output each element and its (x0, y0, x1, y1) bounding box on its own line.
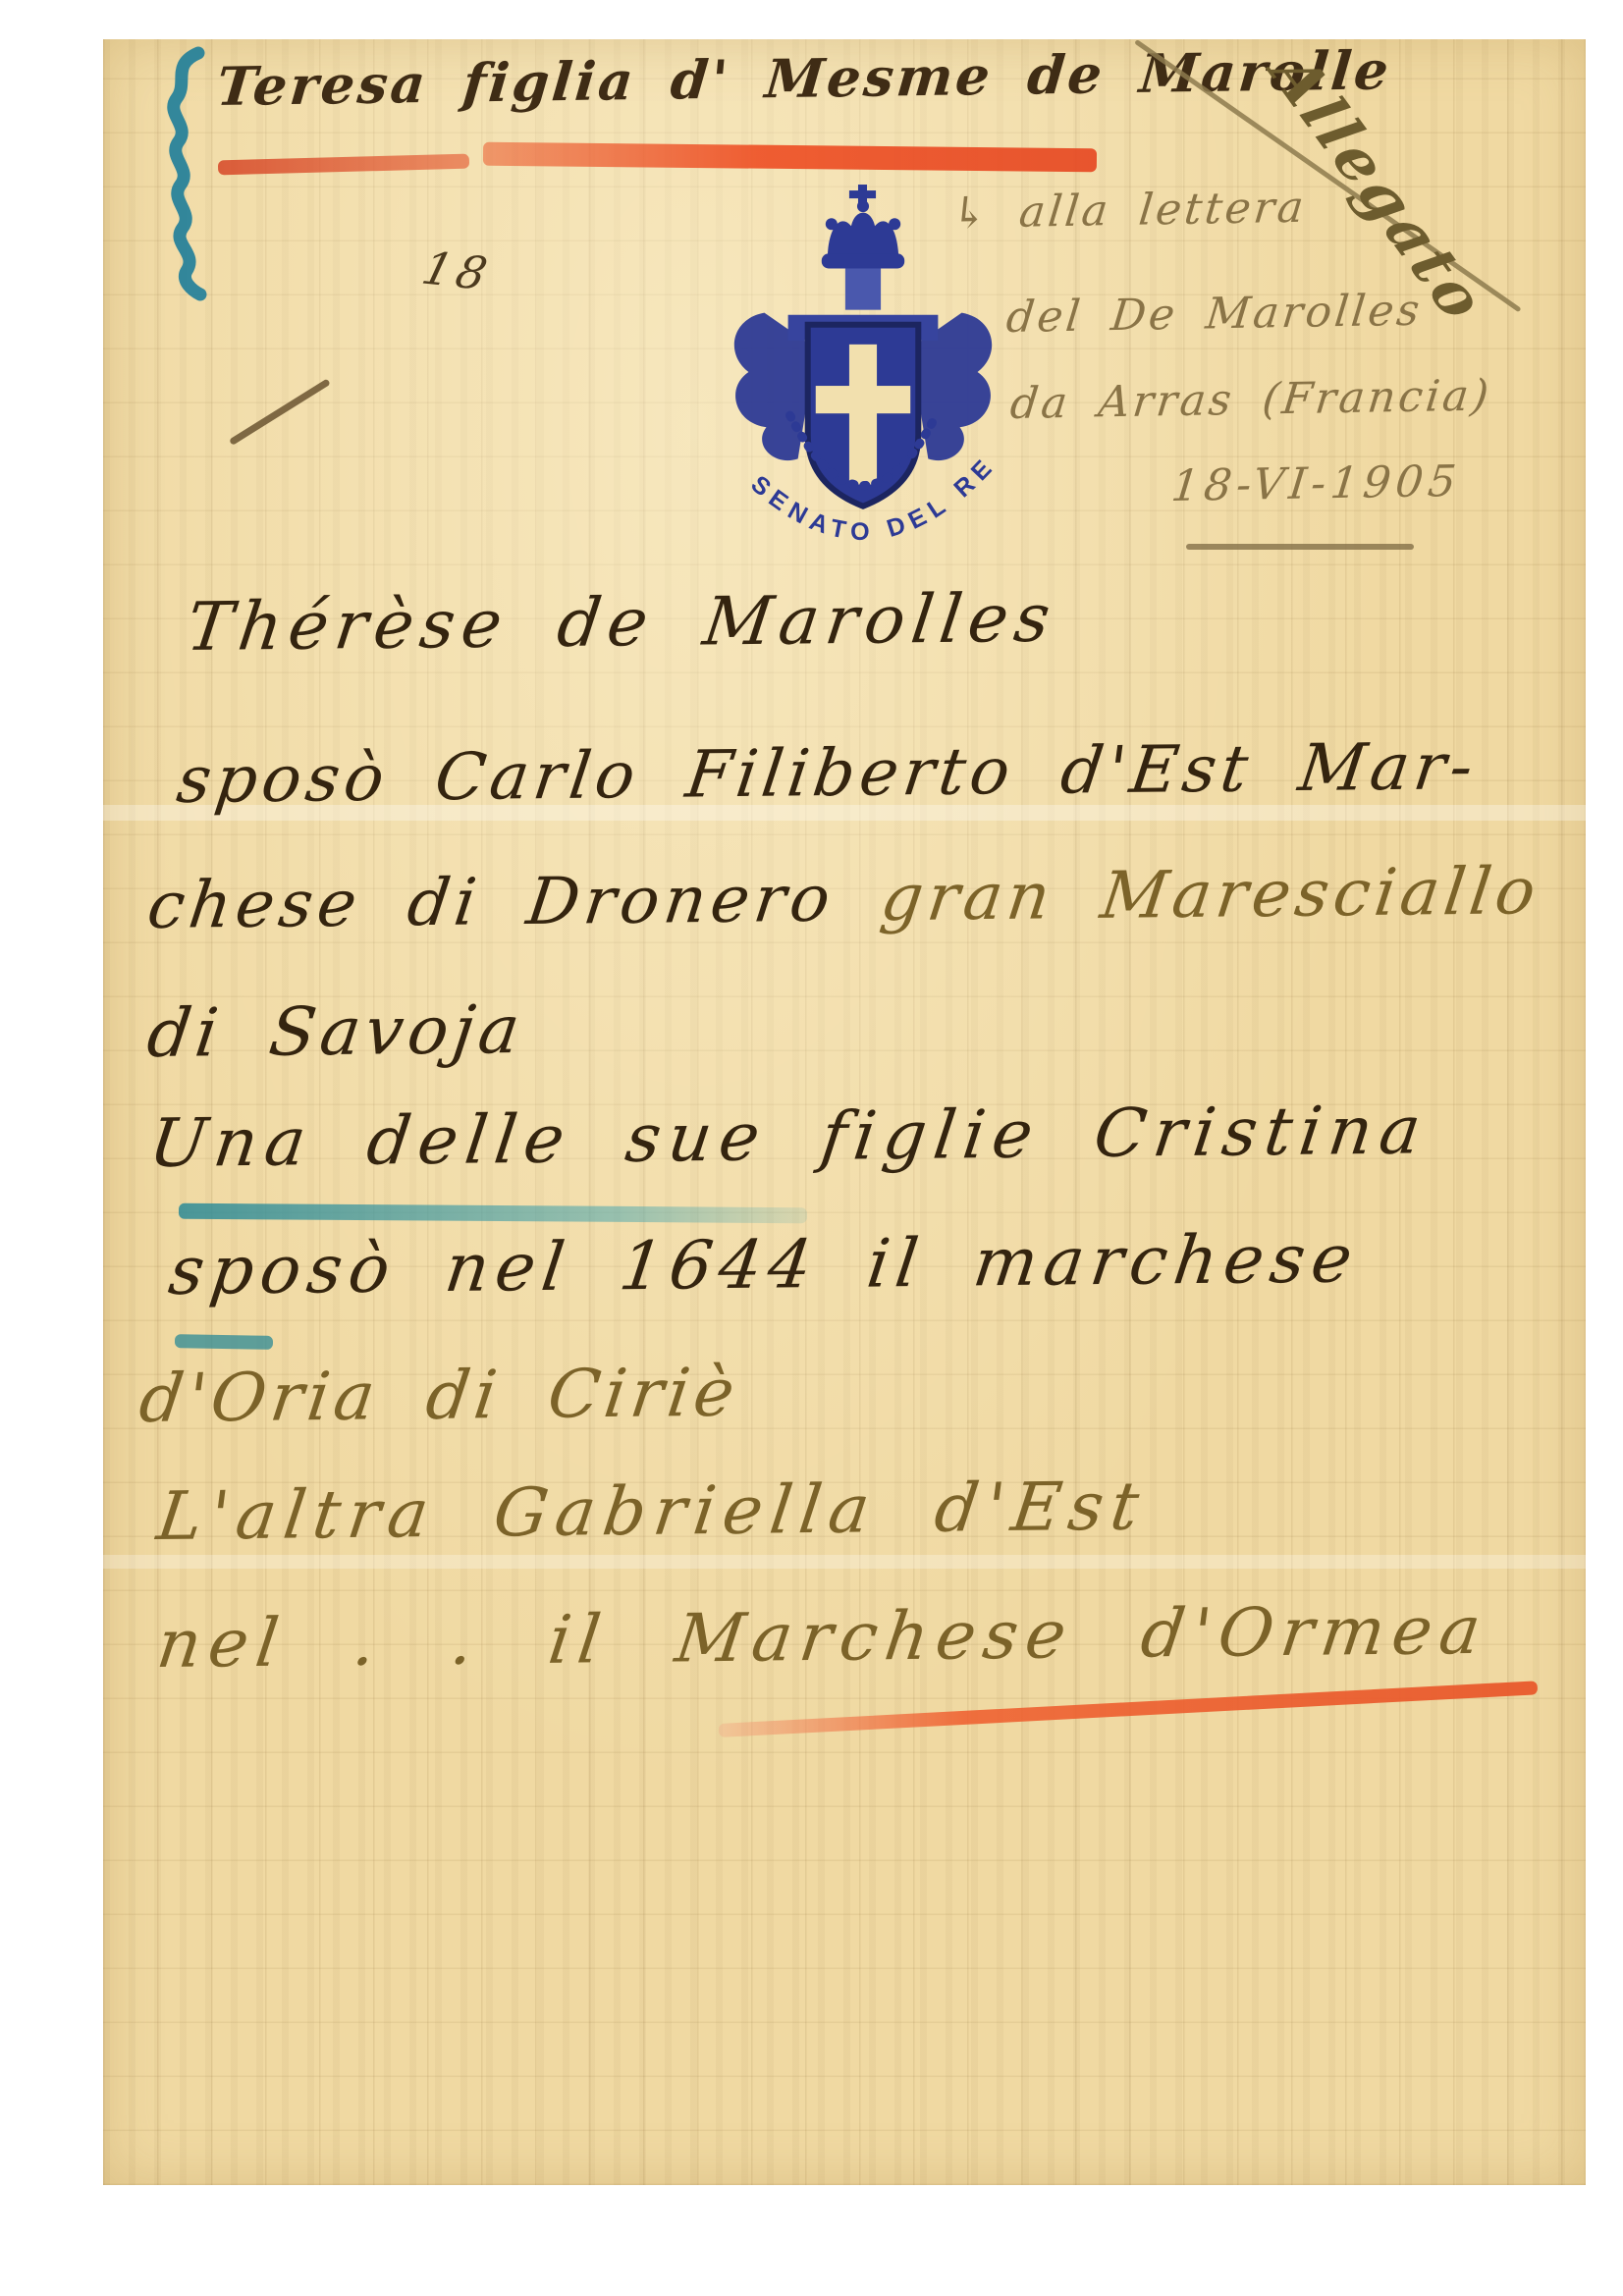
handwritten-line: nel . . il Marchese d'Ormea (153, 1592, 1492, 1683)
handwritten-line: chese di Dronero gran Maresciallo (143, 853, 1544, 943)
handwritten-line: Una delle sue figlie Cristina (145, 1092, 1433, 1183)
handwritten-line: sposò nel 1644 il marchese (165, 1220, 1364, 1310)
handwritten-line: di Savoja (143, 991, 529, 1073)
small-number-mark: 18 (417, 241, 497, 300)
teal-underline (175, 1334, 273, 1350)
savoy-cross-vertical (849, 345, 877, 485)
scanned-document-page: Teresa figlia d' Mesme de Marolle 18 SEN… (0, 0, 1623, 2296)
handwritten-line: Thérèse de Marolles (183, 580, 1061, 667)
handwritten-line: d'Oria di Ciriè (135, 1355, 744, 1438)
pencil-note-line: del De Marolles (1004, 286, 1425, 343)
pencil-note-line: da Arras (Francia) (1008, 370, 1494, 429)
pencil-note-date: 18-VI-1905 (1169, 456, 1464, 511)
handwritten-line: L'altra Gabriella d'Est (153, 1468, 1151, 1556)
handwritten-segment: gran Maresciallo (877, 853, 1544, 935)
pencil-note-line: ↳ alla lettera (949, 183, 1309, 239)
pencil-note-text: alla lettera (1017, 183, 1309, 238)
savoy-cross-horizontal (816, 386, 910, 413)
hook-arrow-mark: ↳ (949, 187, 994, 239)
handwritten-segment: chese di Dronero (143, 860, 887, 943)
handwritten-line: sposò Carlo Filiberto d'Est Mar- (173, 728, 1482, 818)
margin-brace-mark (137, 43, 226, 308)
pencil-date-underline (1186, 544, 1414, 550)
stamp-crown (822, 185, 904, 310)
